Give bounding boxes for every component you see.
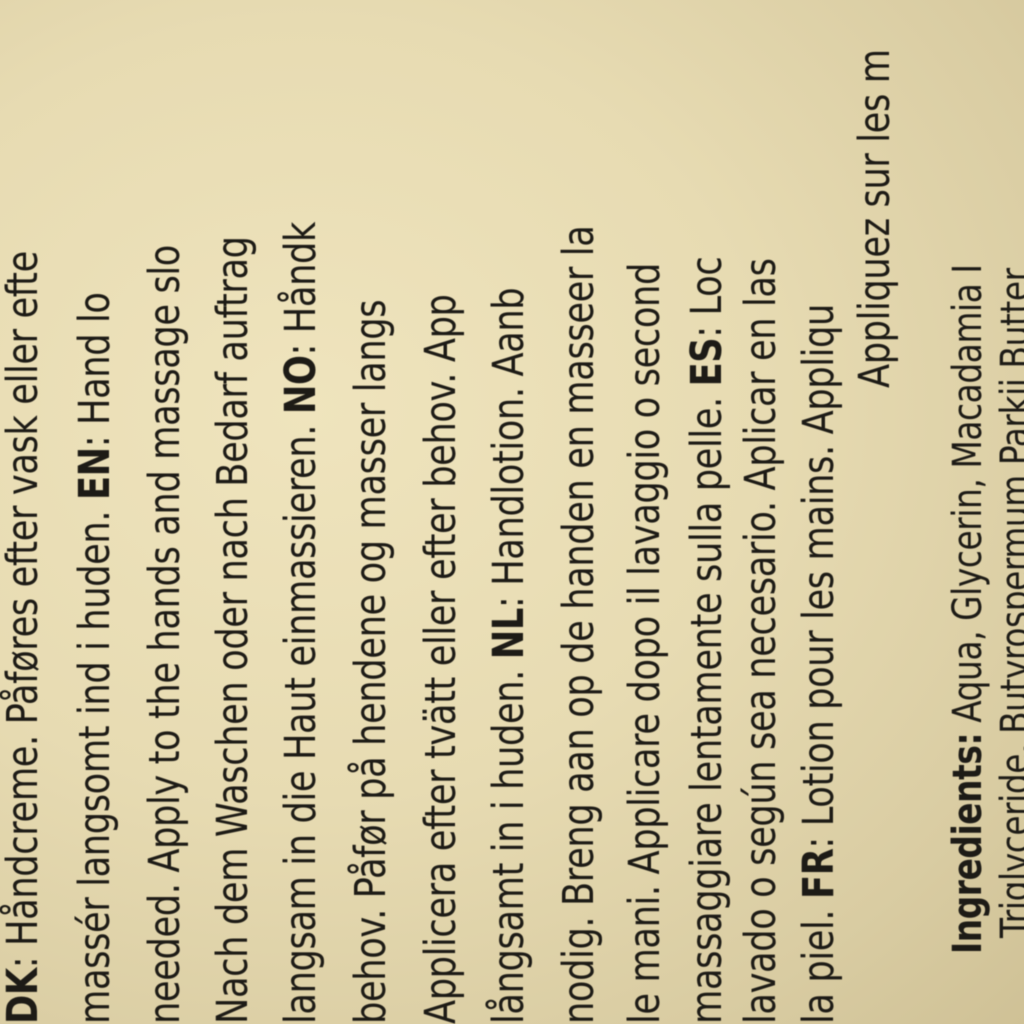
instruction-line: lavado o según sea necesario. Aplicar en… (740, 258, 783, 1024)
instruction-text: : Loc (682, 257, 732, 338)
instruction-text: behov. Påfør på hendene og masser langs (346, 300, 396, 1024)
instruction-line-dk: DK: Håndcreme. Påføres efter vask eller … (2, 251, 45, 1024)
ingredients-heading: Ingredients: (945, 733, 991, 954)
ingredients-line: Triglyceride, Butyrospermum Parkii Butte… (996, 268, 1024, 938)
instruction-text: långsamt in i huden. (484, 659, 534, 1024)
instruction-text: le mani. Applicare dopo il lavaggio o se… (620, 263, 670, 1024)
lang-code-no: NO (276, 355, 326, 414)
ingredients-text: Triglyceride, Butyrospermum Parkii Butte… (993, 268, 1024, 938)
lang-code-dk: DK (0, 968, 48, 1024)
instruction-text: massér langsomt ind i huden. (70, 500, 120, 1024)
lang-code-nl: NL (484, 608, 534, 659)
instruction-text: massaggiare lentamente sulla pelle. (682, 386, 732, 1024)
instruction-text: : Håndk (276, 222, 326, 355)
instruction-line: Nach dem Waschen oder nach Bedarf auftra… (212, 236, 255, 1024)
lang-code-es: ES (682, 338, 732, 387)
lang-code-fr: FR (794, 849, 844, 899)
instruction-text: : Hand lo (70, 292, 120, 447)
instruction-line: Appliquez sur les m (854, 49, 897, 388)
instruction-line: långsamt in i huden. NL: Handlotion. Aan… (488, 288, 531, 1024)
instruction-text: langsam in die Haut einmassieren. (276, 414, 326, 1024)
product-label-photo: DK: Håndcreme. Påføres efter vask eller … (0, 0, 1024, 1024)
instruction-text: : Handlotion. Aanb (484, 288, 534, 608)
instruction-line: la piel. FR: Lotion pour les mains. Appl… (798, 304, 841, 1024)
instruction-line: behov. Påfør på hendene og masser langs (350, 300, 393, 1024)
ingredients-text: Aqua, Glycerin, Macadamia I (945, 264, 991, 732)
instruction-text: nodig. Breng aan op de handen en masseer… (554, 226, 604, 1024)
instruction-line: langsam in die Haut einmassieren. NO: Hå… (280, 222, 323, 1024)
ingredients-line: Ingredients: Aqua, Glycerin, Macadamia I (948, 264, 988, 954)
lang-code-en: EN (70, 447, 120, 500)
instruction-text: : Lotion pour les mains. Appliqu (794, 304, 844, 848)
instruction-text: lavado o según sea necesario. Aplicar en… (736, 258, 786, 1024)
instruction-text: Applicera efter tvätt eller efter behov.… (416, 294, 466, 1024)
instruction-line: massaggiare lentamente sulla pelle. ES: … (686, 257, 729, 1024)
instruction-line: le mani. Applicare dopo il lavaggio o se… (624, 263, 667, 1024)
instruction-line: nodig. Breng aan op de handen en masseer… (558, 226, 601, 1024)
instruction-text: Nach dem Waschen oder nach Bedarf auftra… (208, 236, 258, 1024)
instruction-text: : Håndcreme. Påføres efter vask eller ef… (0, 251, 48, 968)
instruction-line: massér langsomt ind i huden. EN: Hand lo (74, 292, 117, 1024)
instruction-text: Appliquez sur les m (850, 49, 900, 388)
rotated-label-text: DK: Håndcreme. Påføres efter vask eller … (0, 0, 1020, 1024)
instruction-text: la piel. (794, 899, 844, 1024)
instruction-text: needed. Apply to the hands and massage s… (140, 245, 190, 1024)
instruction-line: Applicera efter tvätt eller efter behov.… (420, 294, 463, 1024)
instruction-line: needed. Apply to the hands and massage s… (144, 245, 187, 1024)
